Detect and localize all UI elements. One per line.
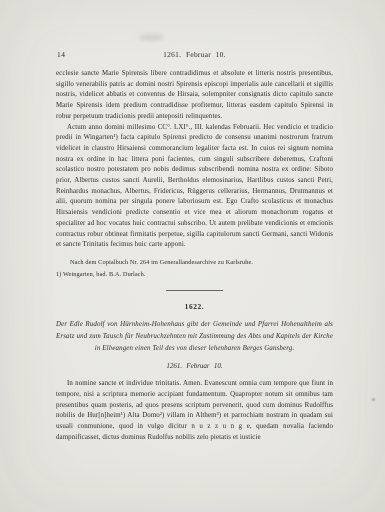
entry-number-heading: 1622. <box>56 302 333 311</box>
regest-summary: Der Edle Rudolf von Hürnheim-Hohenhaus g… <box>56 319 333 354</box>
entry-date-line: 1261. Februar 10. <box>56 362 333 371</box>
scanned-book-page: 14 1261. Februar 10. ecclesie sancte Mar… <box>0 0 385 512</box>
footnote-1: 1) Weingarten, bad. B.A. Durlach. <box>56 271 333 280</box>
running-head-date: 1261. Februar 10. <box>163 50 226 59</box>
scan-artifact <box>138 34 164 41</box>
scan-artifact <box>372 398 375 401</box>
charter-1622-text: In nomine sancte et individue trinitatis… <box>56 379 333 443</box>
charter-actum-paragraph: Actum anno domini millesimo CC°. LXI°., … <box>56 123 333 251</box>
text-column: 14 1261. Februar 10. ecclesie sancte Mar… <box>56 50 333 444</box>
section-divider-rule <box>166 290 223 291</box>
page-header: 14 1261. Februar 10. <box>56 50 333 60</box>
charter-text-continuation: ecclesie sancte Marie Spirensis libere c… <box>56 69 333 123</box>
source-note: Nach dem Copialbuch Nr. 264 im Generalla… <box>56 259 333 268</box>
page-number: 14 <box>57 50 65 60</box>
